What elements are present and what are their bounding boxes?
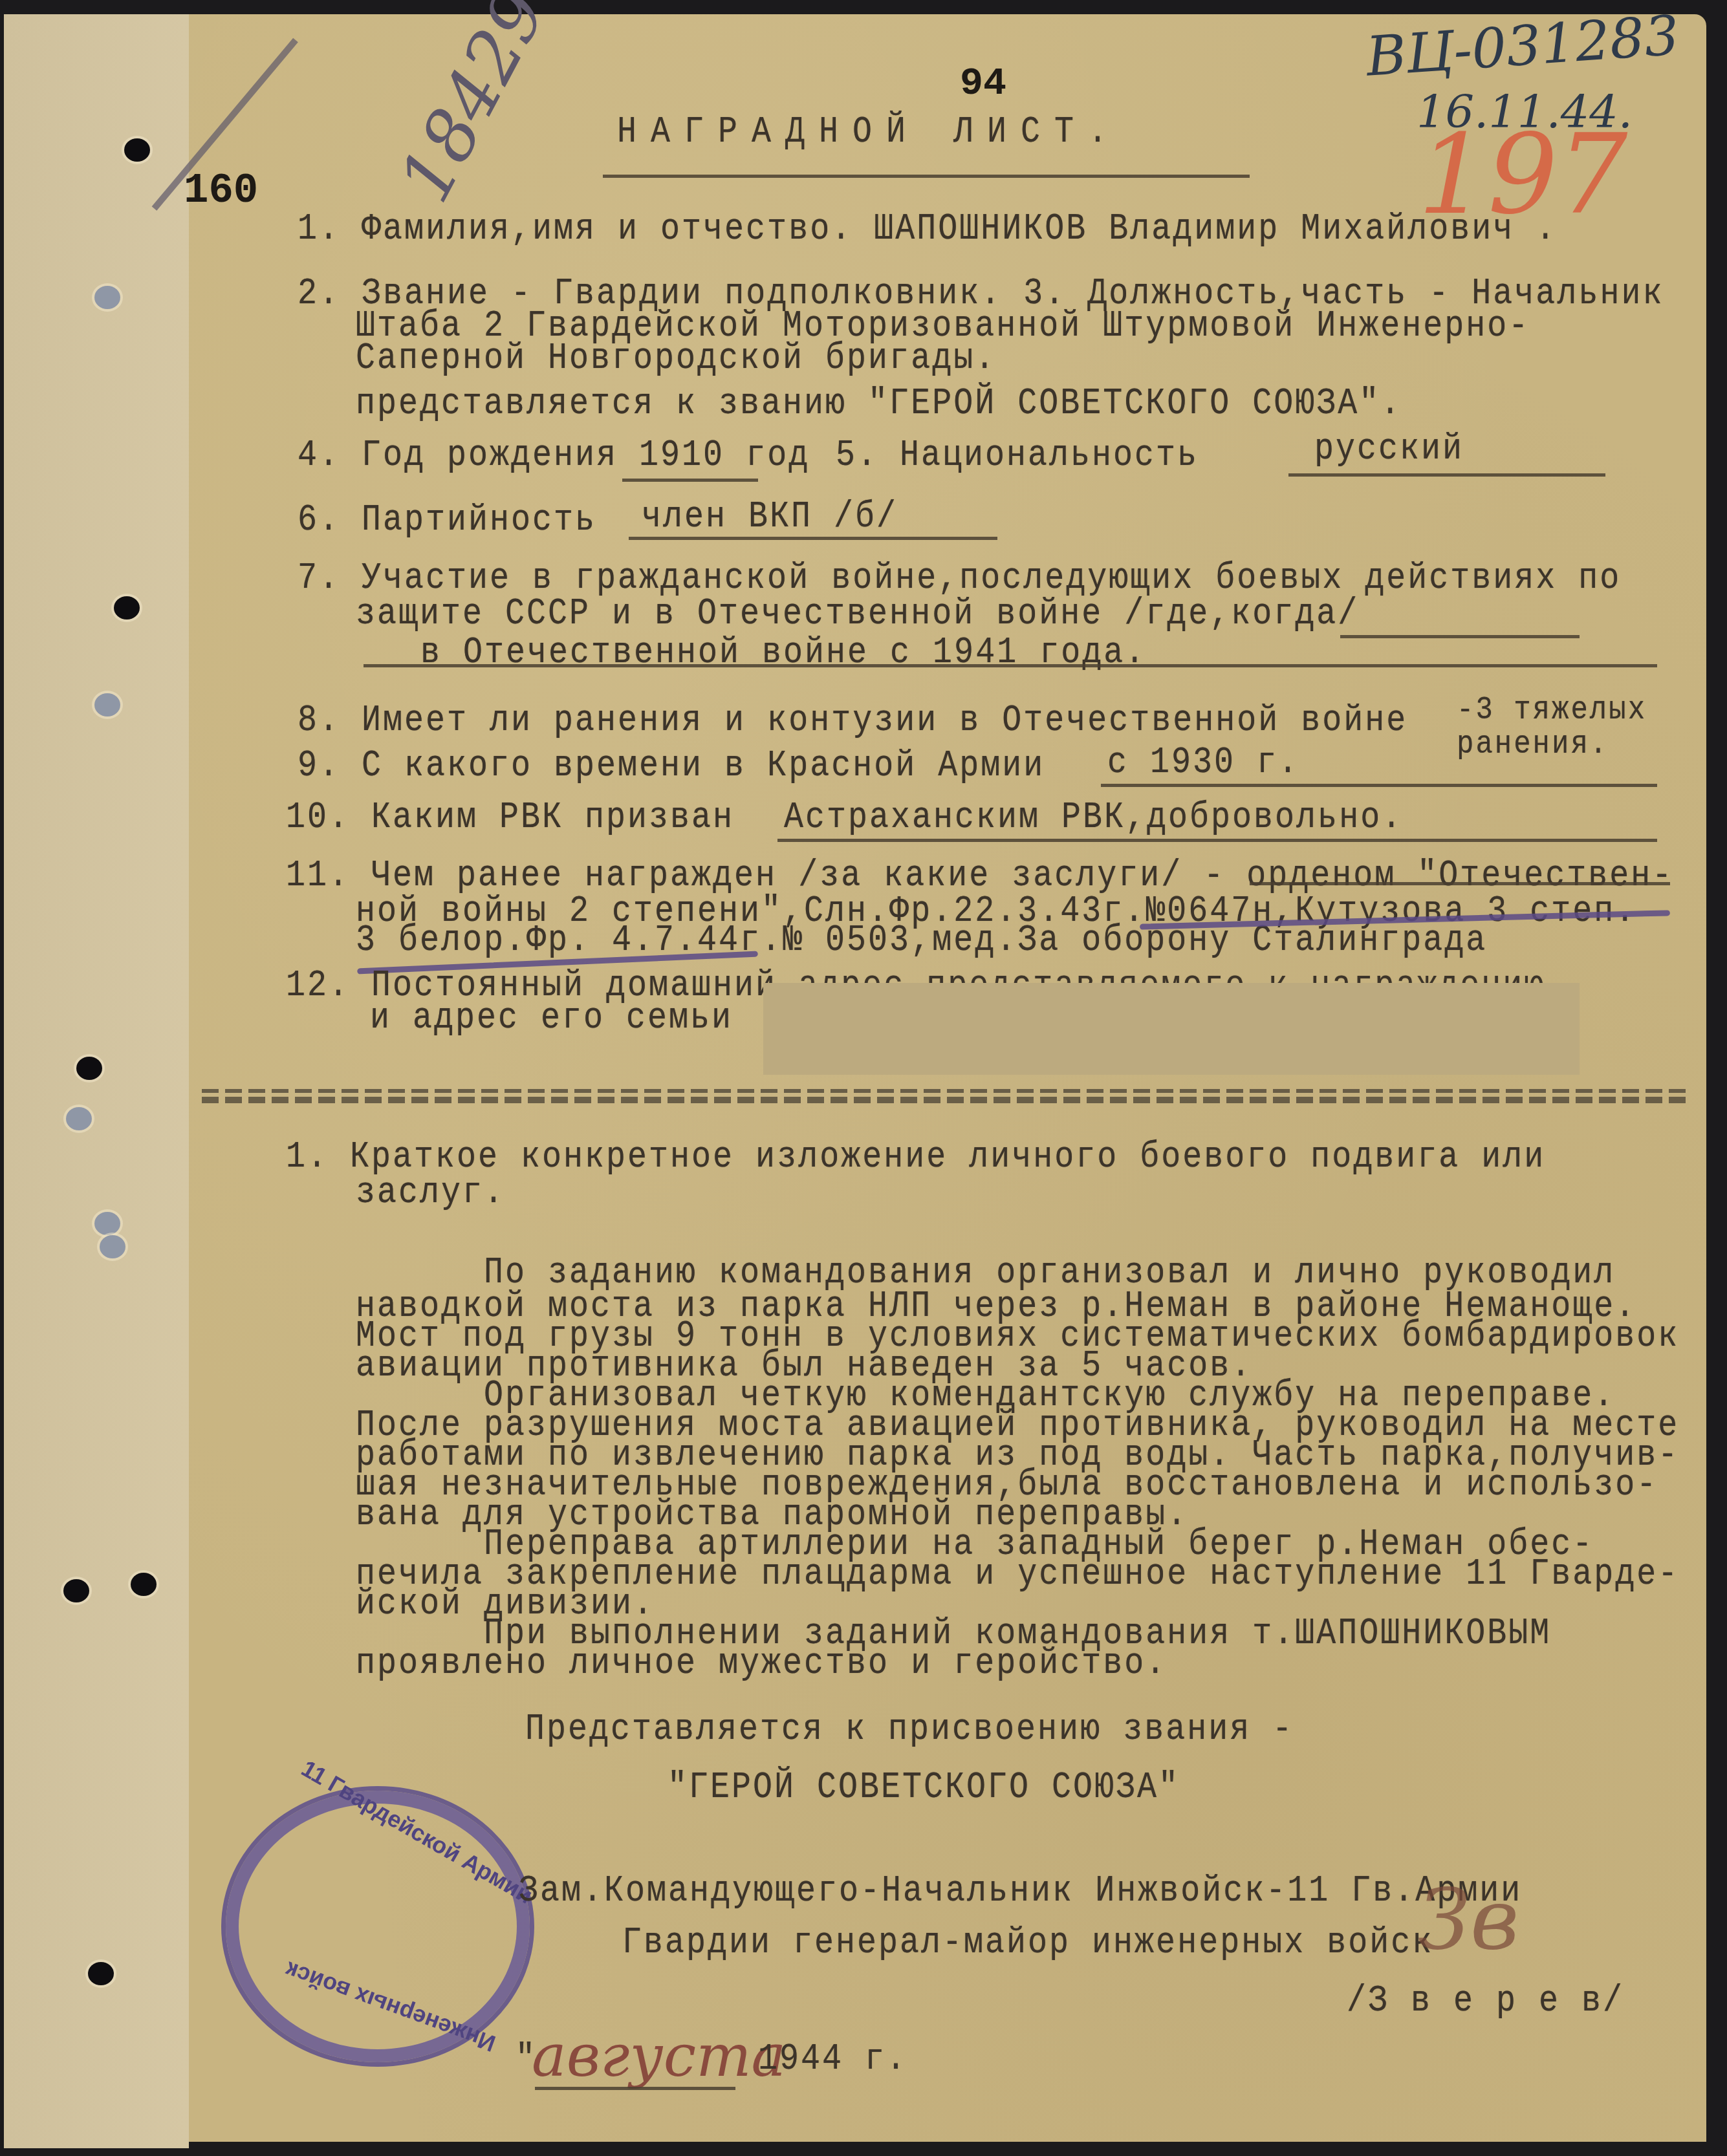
field-3-cont-2: Саперной Новгородской бригады. bbox=[356, 338, 996, 380]
field-6: 6. Партийность bbox=[298, 499, 596, 542]
binding-margin-strip bbox=[4, 14, 189, 2148]
archive-number-handwritten: 18429 bbox=[383, 0, 562, 215]
enlistment-value: Астраханским РВК,добровольно. bbox=[784, 797, 1403, 839]
section2-heading-cont: заслуг. bbox=[356, 1172, 505, 1214]
title-underline bbox=[603, 175, 1250, 178]
field-5: 5. Национальность bbox=[836, 435, 1199, 477]
underline bbox=[629, 537, 997, 540]
nationality-value: русский bbox=[1314, 428, 1464, 471]
handwritten-signature: Зв bbox=[1418, 1870, 1519, 1968]
underline bbox=[1288, 473, 1605, 477]
underline bbox=[777, 839, 1657, 842]
punch-hole bbox=[94, 1212, 120, 1235]
signatory-name: /З в е р е в/ bbox=[1347, 1980, 1624, 2023]
signatory-position: Зам.Командующего-Начальник Инжвойск-11 Г… bbox=[519, 1870, 1522, 1913]
underline bbox=[535, 2087, 735, 2090]
birth-year-value: 1910 год bbox=[639, 435, 810, 477]
punch-hole bbox=[88, 1962, 114, 1985]
date-year: 1944 г. bbox=[758, 2038, 907, 2081]
field-8: 8. Имеет ли ранения и контузии в Отечест… bbox=[298, 700, 1407, 742]
underline bbox=[1250, 882, 1670, 885]
field-9: 9. С какого времени в Красной Армии bbox=[298, 745, 1045, 788]
punch-hole bbox=[131, 1573, 157, 1596]
award-sheet-page: 160 94 ВЦ-031283 16.11.44. 197 18429 НАГ… bbox=[189, 14, 1706, 2142]
war-participation-value: в Отечественной войне с 1941 года. bbox=[420, 632, 1146, 674]
punch-hole bbox=[100, 1235, 125, 1258]
underline bbox=[1340, 635, 1580, 638]
wounds-value: -3 тяжелых ранения. bbox=[1457, 693, 1670, 762]
presentation-note: представляется к званию "ГЕРОЙ СОВЕТСКОГ… bbox=[356, 383, 1402, 426]
punch-hole bbox=[124, 138, 150, 162]
merit-narrative: По заданию командования организовал и ли… bbox=[356, 1256, 1679, 1672]
document-title: НАГРАДНОЙ ЛИСТ. bbox=[617, 111, 1122, 154]
underline bbox=[1101, 784, 1657, 787]
hero-title-quote: "ГЕРОЙ СОВЕТСКОГО СОЮЗА" bbox=[668, 1767, 1180, 1809]
signatory-rank: Гвардии генерал-майор инженерных войск bbox=[622, 1922, 1433, 1965]
field-7-cont: защите СССР и в Отечественной войне /где… bbox=[356, 593, 1359, 636]
official-stamp bbox=[221, 1786, 534, 2067]
page-number: 94 bbox=[960, 62, 1006, 106]
punch-hole bbox=[94, 286, 120, 309]
sheet-number: 160 bbox=[184, 168, 258, 215]
field-1: 1. Фамилия,имя и отчество. ШАПОШНИКОВ Вл… bbox=[298, 208, 1557, 251]
underline bbox=[364, 664, 1657, 667]
redacted-address-block bbox=[763, 983, 1580, 1075]
date-month-handwritten: августа bbox=[532, 2022, 786, 2090]
party-value: член ВКП /б/ bbox=[642, 496, 898, 539]
service-since-value: с 1930 г. bbox=[1107, 742, 1299, 784]
presentation-line: Представляется к присвоению звания - bbox=[525, 1709, 1294, 1751]
punch-hole bbox=[76, 1057, 102, 1080]
punch-hole bbox=[114, 596, 140, 620]
underline bbox=[622, 479, 758, 482]
field-1-value: ШАПОШНИКОВ Владимир Михайлович . bbox=[874, 208, 1557, 251]
field-4: 4. Год рождения 1910 год bbox=[298, 435, 810, 477]
punch-hole bbox=[63, 1579, 89, 1602]
section-divider bbox=[202, 1089, 1689, 1103]
punch-hole bbox=[94, 693, 120, 717]
archive-code-handwritten: ВЦ-031283 bbox=[1364, 3, 1681, 89]
punch-hole bbox=[66, 1107, 92, 1130]
field-12-cont: и адрес его семьи bbox=[370, 997, 733, 1040]
field-10: 10. Каким РВК призван bbox=[286, 797, 734, 839]
previous-awards-cont-2: 3 белор.Фр. 4.7.44г.№ 0503,мед.За оборон… bbox=[356, 920, 1487, 962]
